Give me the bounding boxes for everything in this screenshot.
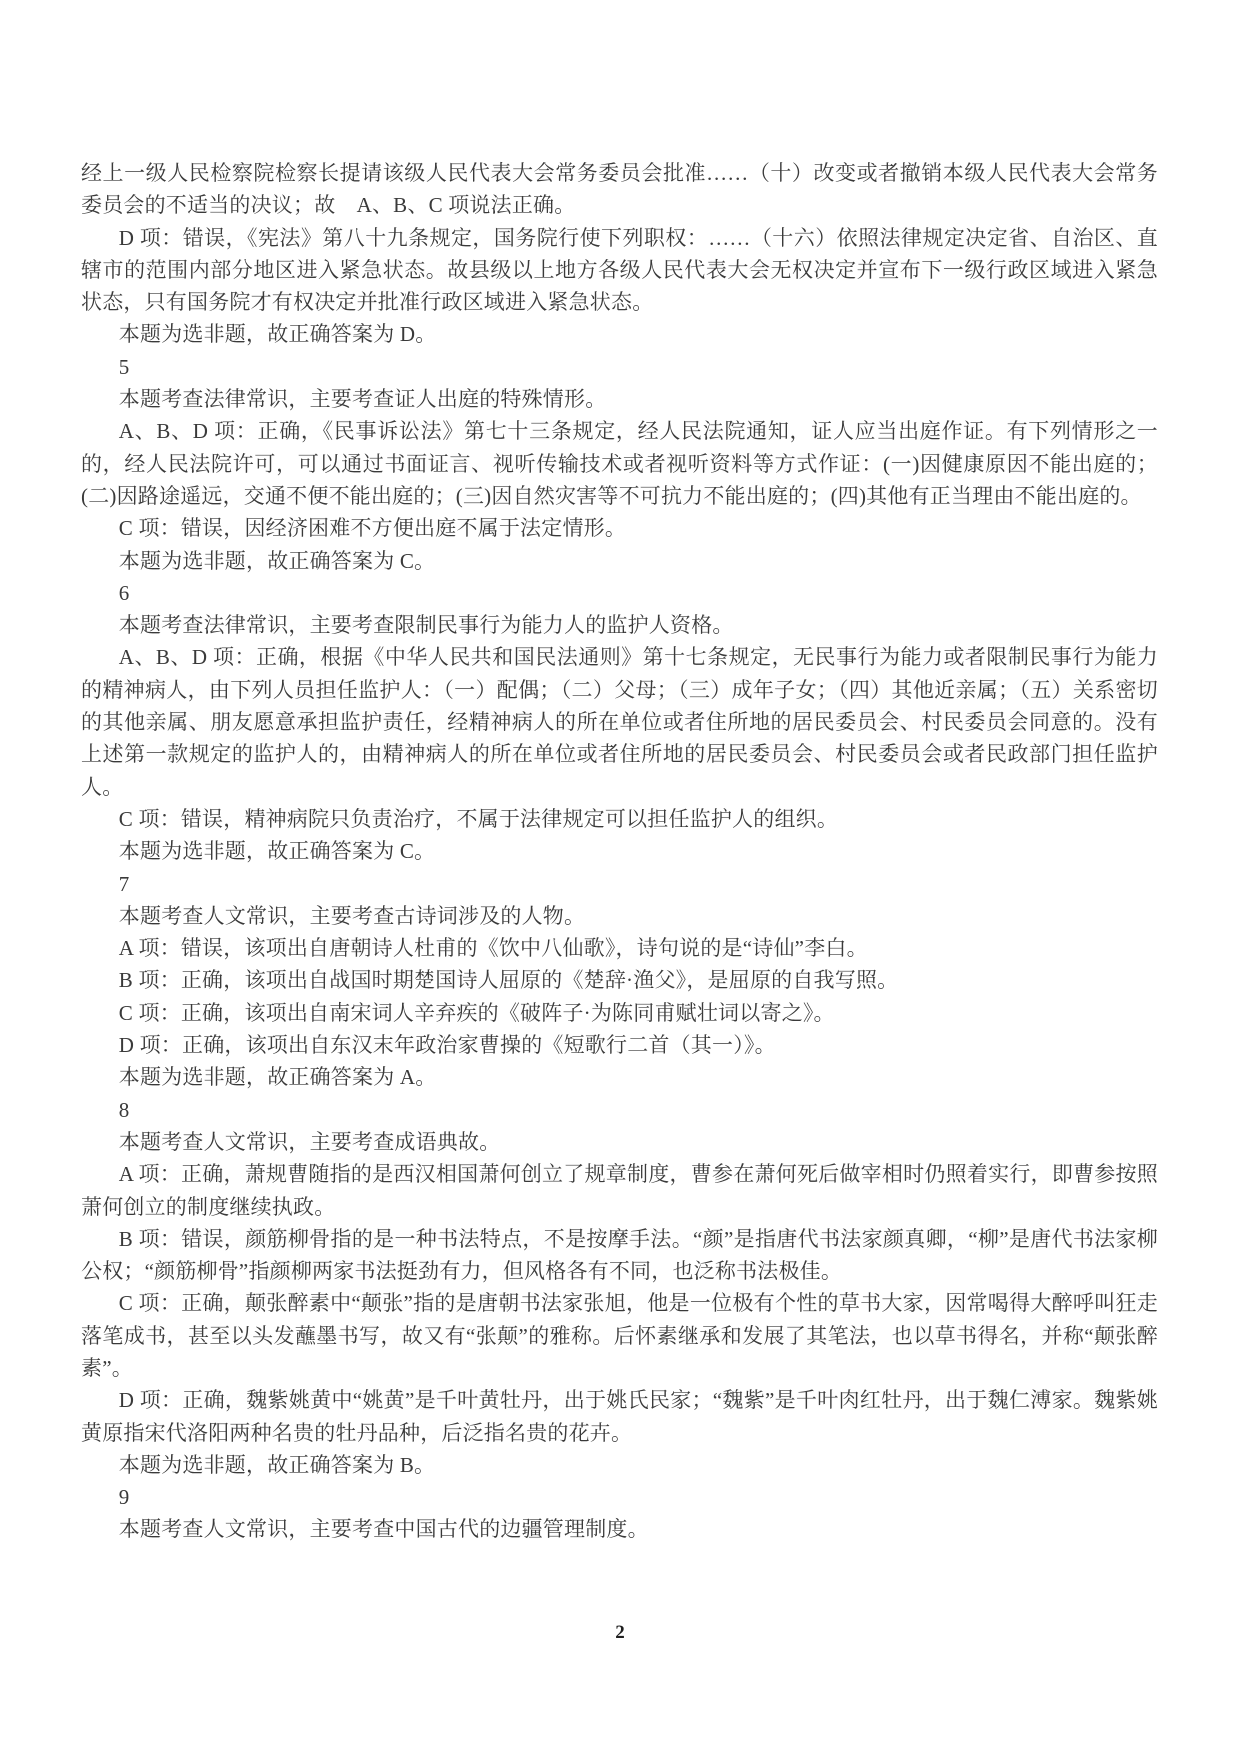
paragraph: 8	[81, 1094, 1158, 1126]
paragraph: 6	[81, 577, 1158, 609]
paragraph: C 项：正确，颠张醉素中“颠张”指的是唐朝书法家张旭，他是一位极有个性的草书大家…	[81, 1287, 1158, 1384]
paragraph: D 项：正确，魏紫姚黄中“姚黄”是千叶黄牡丹，出于姚氏民家；“魏紫”是千叶肉红牡…	[81, 1384, 1158, 1449]
document-body: 经上一级人民检察院检察长提请该级人民代表大会常务委员会批准……（十）改变或者撤销…	[81, 157, 1158, 1546]
paragraph: 本题为选非题，故正确答案为 B。	[81, 1449, 1158, 1481]
paragraph: C 项：错误，精神病院只负责治疗，不属于法律规定可以担任监护人的组织。	[81, 803, 1158, 835]
paragraph: C 项：正确，该项出自南宋词人辛弃疾的《破阵子·为陈同甫赋壮词以寄之》。	[81, 997, 1158, 1029]
paragraph: 9	[81, 1481, 1158, 1513]
document-page: 经上一级人民检察院检察长提请该级人民代表大会常务委员会批准……（十）改变或者撤销…	[0, 0, 1240, 1754]
paragraph: 本题考查人文常识，主要考查中国古代的边疆管理制度。	[81, 1513, 1158, 1545]
paragraph: A 项：正确，萧规曹随指的是西汉相国萧何创立了规章制度，曹参在萧何死后做宰相时仍…	[81, 1158, 1158, 1223]
paragraph: 7	[81, 868, 1158, 900]
paragraph: C 项：错误，因经济困难不方便出庭不属于法定情形。	[81, 512, 1158, 544]
paragraph: 本题考查人文常识，主要考查古诗词涉及的人物。	[81, 900, 1158, 932]
paragraph: 5	[81, 351, 1158, 383]
paragraph: 经上一级人民检察院检察长提请该级人民代表大会常务委员会批准……（十）改变或者撤销…	[81, 157, 1158, 222]
paragraph: D 项：错误，《宪法》第八十九条规定，国务院行使下列职权：……（十六）依照法律规…	[81, 222, 1158, 319]
paragraph: A、B、D 项：正确，《民事诉讼法》第七十三条规定，经人民法院通知，证人应当出庭…	[81, 415, 1158, 512]
paragraph: A 项：错误，该项出自唐朝诗人杜甫的《饮中八仙歌》，诗句说的是“诗仙”李白。	[81, 932, 1158, 964]
paragraph: 本题考查法律常识，主要考查证人出庭的特殊情形。	[81, 383, 1158, 415]
paragraph: B 项：正确，该项出自战国时期楚国诗人屈原的《楚辞·渔父》，是屈原的自我写照。	[81, 964, 1158, 996]
paragraph: 本题为选非题，故正确答案为 A。	[81, 1061, 1158, 1093]
paragraph: A、B、D 项：正确，根据《中华人民共和国民法通则》第十七条规定，无民事行为能力…	[81, 641, 1158, 802]
paragraph: B 项：错误，颜筋柳骨指的是一种书法特点，不是按摩手法。“颜”是指唐代书法家颜真…	[81, 1223, 1158, 1288]
page-number: 2	[0, 1622, 1240, 1644]
paragraph: 本题为选非题，故正确答案为 D。	[81, 318, 1158, 350]
paragraph: 本题考查人文常识，主要考查成语典故。	[81, 1126, 1158, 1158]
paragraph: 本题考查法律常识，主要考查限制民事行为能力人的监护人资格。	[81, 609, 1158, 641]
paragraph: 本题为选非题，故正确答案为 C。	[81, 545, 1158, 577]
paragraph: 本题为选非题，故正确答案为 C。	[81, 835, 1158, 867]
paragraph: D 项：正确，该项出自东汉末年政治家曹操的《短歌行二首（其一）》。	[81, 1029, 1158, 1061]
